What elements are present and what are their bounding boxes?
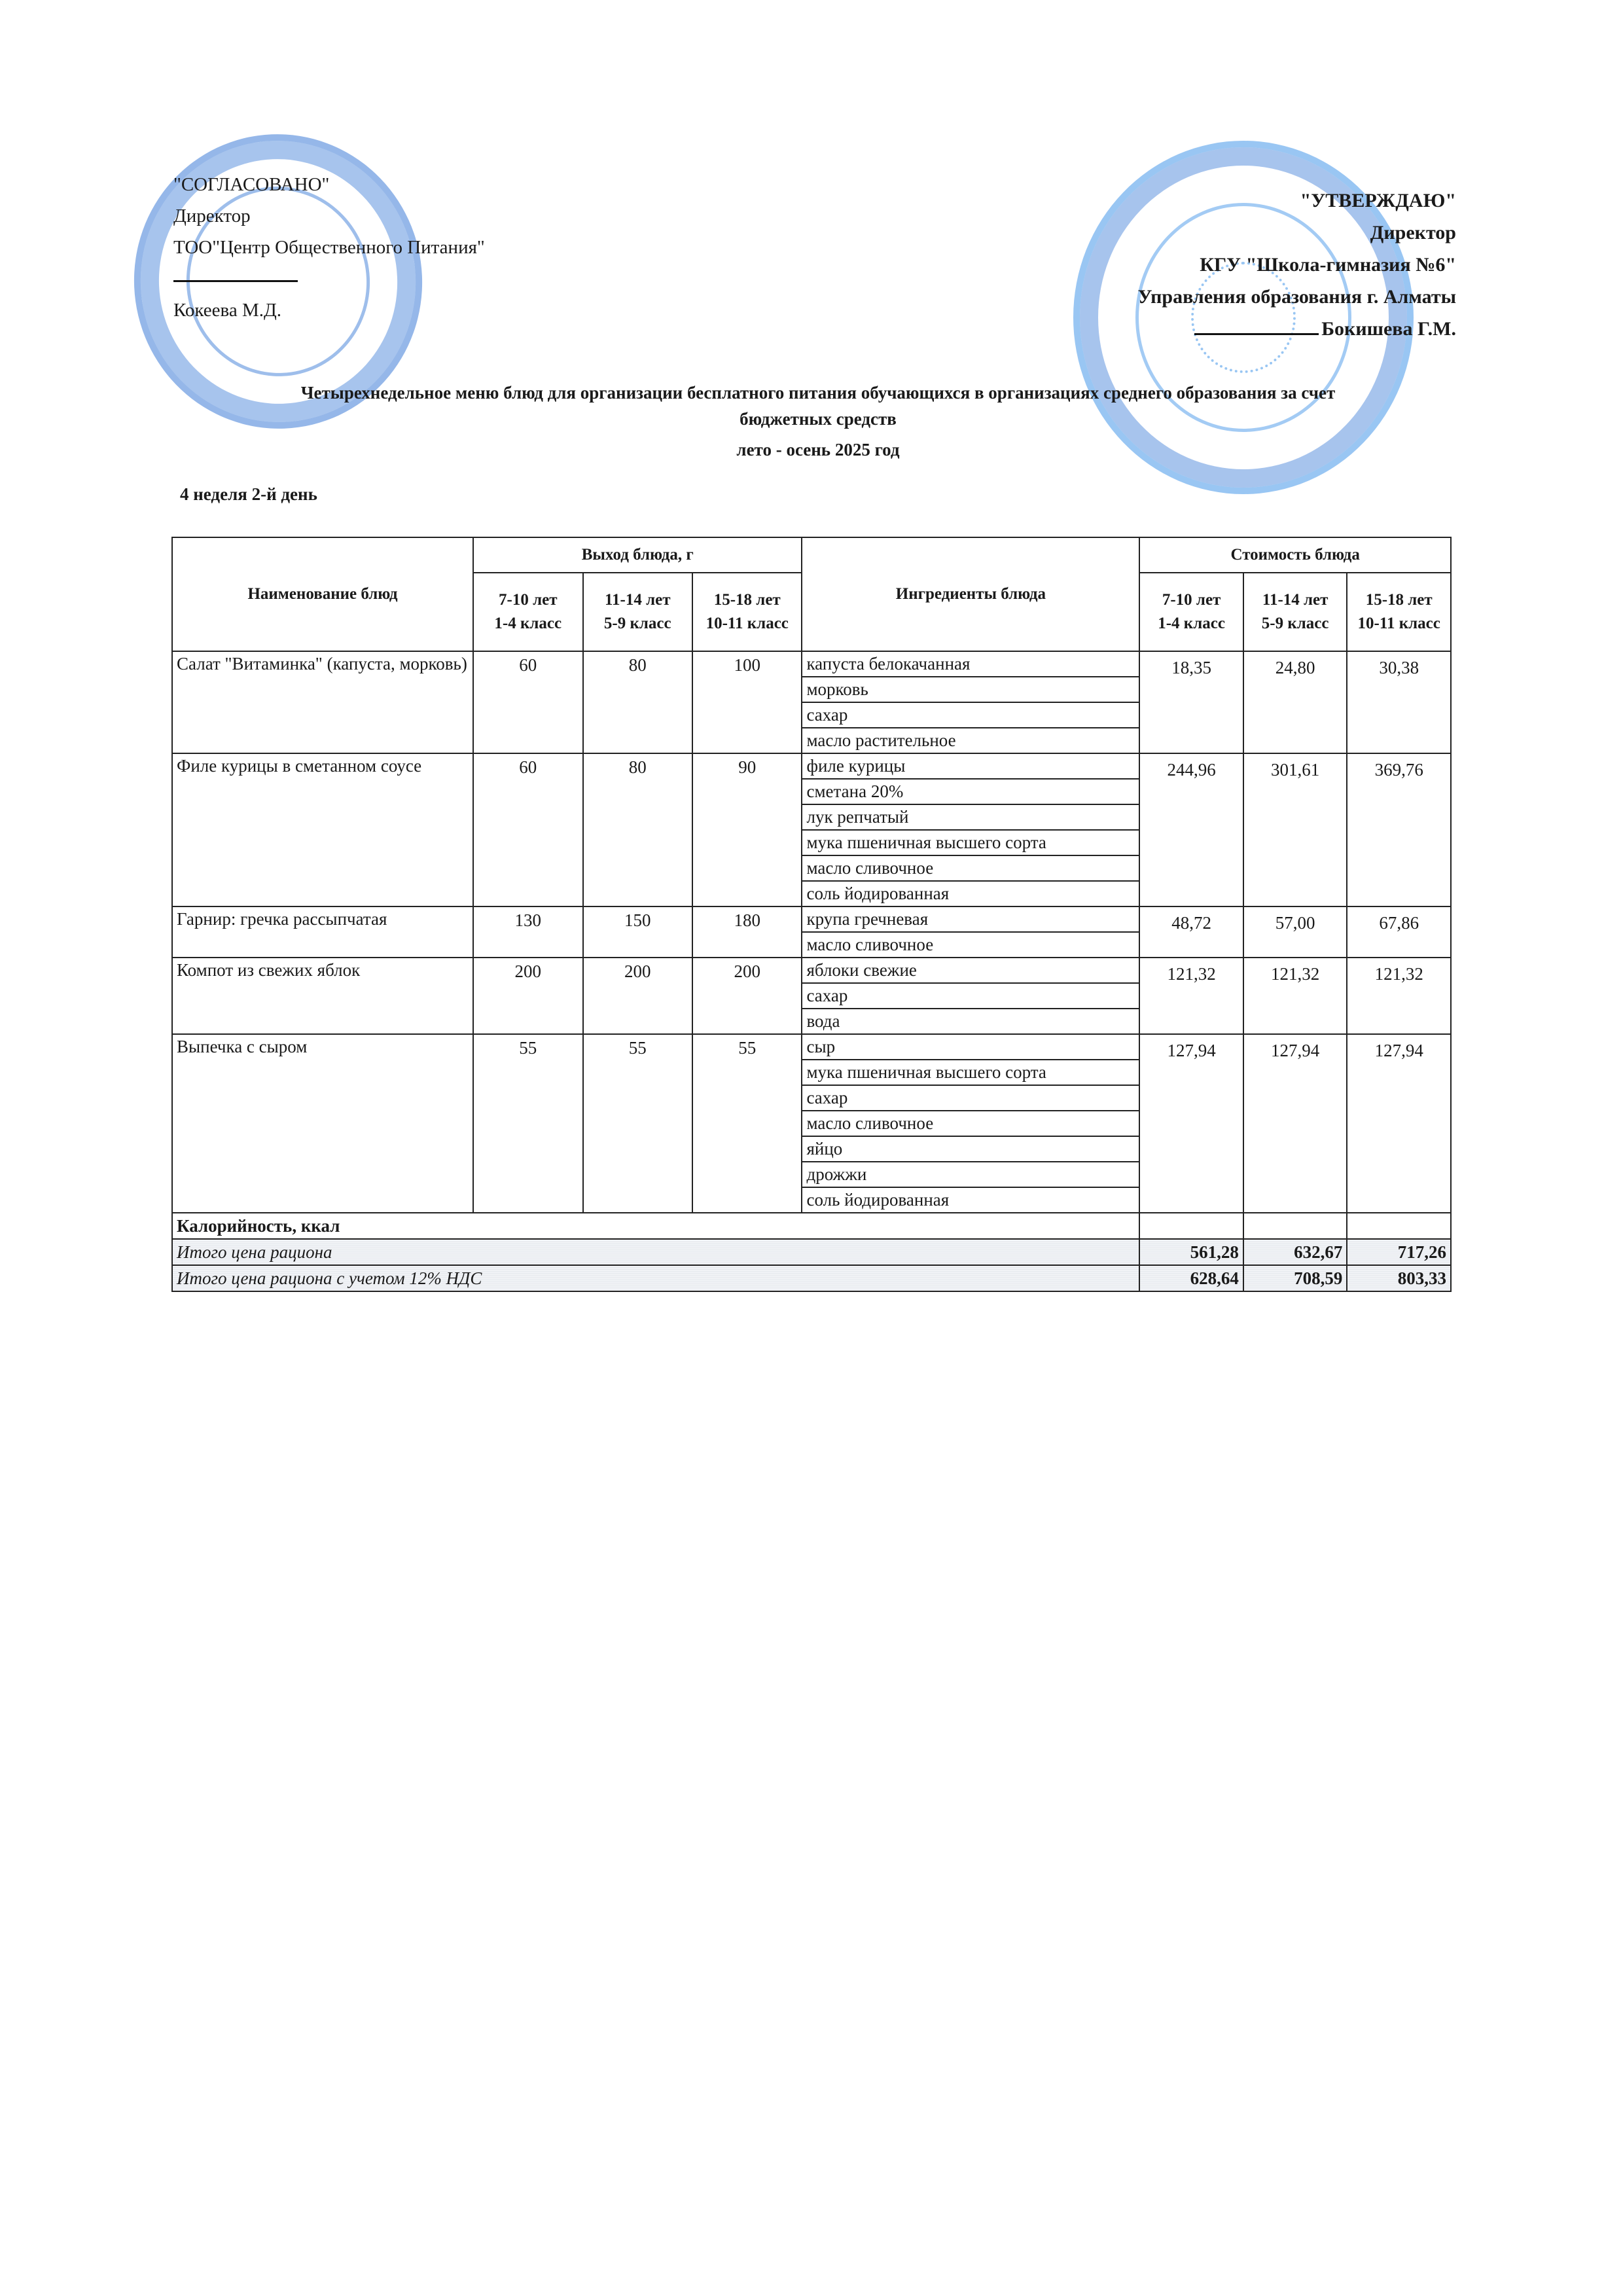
dish-cost: 127,94 [1347, 1034, 1451, 1213]
total-vat-value: 628,64 [1139, 1265, 1243, 1291]
dish-yield: 55 [692, 1034, 802, 1213]
calories-label: Калорийность, ккал [172, 1213, 1139, 1239]
document-title-continued: бюджетных средств [177, 409, 1459, 429]
ingredient: дрожжи [802, 1162, 1139, 1187]
ingredient: сыр [802, 1034, 1139, 1060]
total-label: Итого цена рациона [172, 1239, 1139, 1265]
table-row: Компот из свежих яблок200200200яблоки св… [172, 958, 1451, 983]
ingredient: масло сливочное [802, 855, 1139, 881]
dish-cost: 369,76 [1347, 753, 1451, 906]
approval-approved-block: "УТВЕРЖДАЮ" Директор КГУ "Школа-гимназия… [1138, 185, 1456, 345]
ingredient: мука пшеничная высшего сорта [802, 830, 1139, 855]
total-vat-value: 803,33 [1347, 1265, 1451, 1291]
approval-agreed-role: Директор [173, 200, 485, 232]
ingredient: соль йодированная [802, 1187, 1139, 1213]
cost-age-group-header: 15-18 лет10-11 класс [1347, 573, 1451, 651]
approval-approved-role: Директор [1138, 217, 1456, 249]
approval-approved-name: Бокишева Г.М. [1321, 318, 1456, 340]
signature-line [1194, 333, 1319, 335]
grade-range: 1-4 класс [478, 612, 578, 636]
header-cost: Стоимость блюда [1139, 537, 1451, 573]
header-ingredients: Ингредиенты блюда [802, 537, 1139, 651]
table-row: Выпечка с сыром555555сыр127,94127,94127,… [172, 1034, 1451, 1060]
document-title: Четырехнедельное меню блюд для организац… [177, 383, 1459, 403]
dish-yield: 200 [692, 958, 802, 1034]
approval-agreed-name: Кокеева М.Д. [173, 295, 485, 326]
table-row: Филе курицы в сметанном соусе608090филе … [172, 753, 1451, 779]
approval-agreed-signature-line [173, 263, 485, 295]
ingredient: соль йодированная [802, 881, 1139, 906]
dish-cost: 121,32 [1347, 958, 1451, 1034]
total-vat-row: Итого цена рациона с учетом 12% НДС628,6… [172, 1265, 1451, 1291]
age-range: 15-18 лет [1351, 588, 1446, 612]
ingredient: филе курицы [802, 753, 1139, 779]
ingredient: лук репчатый [802, 804, 1139, 830]
menu-table: Наименование блюд Выход блюда, г Ингреди… [171, 537, 1452, 1292]
yield-age-group-header: 7-10 лет1-4 класс [473, 573, 582, 651]
ingredient: сметана 20% [802, 779, 1139, 804]
cost-age-group-header: 11-14 лет5-9 класс [1243, 573, 1347, 651]
dish-yield: 130 [473, 906, 582, 958]
ingredient: яблоки свежие [802, 958, 1139, 983]
dish-name: Гарнир: гречка рассыпчатая [172, 906, 473, 958]
total-value: 632,67 [1243, 1239, 1347, 1265]
grade-range: 10-11 класс [697, 612, 797, 636]
ingredient: вода [802, 1009, 1139, 1034]
ingredient: масло растительное [802, 728, 1139, 753]
table-row: Гарнир: гречка рассыпчатая130150180крупа… [172, 906, 1451, 932]
dish-yield: 180 [692, 906, 802, 958]
grade-range: 5-9 класс [1248, 612, 1343, 636]
calories-value [1139, 1213, 1243, 1239]
dish-cost: 18,35 [1139, 651, 1243, 753]
dish-cost: 121,32 [1243, 958, 1347, 1034]
approval-approved-signature: Бокишева Г.М. [1138, 313, 1456, 345]
total-row: Итого цена рациона561,28632,67717,26 [172, 1239, 1451, 1265]
dish-cost: 57,00 [1243, 906, 1347, 958]
dish-yield: 100 [692, 651, 802, 753]
age-range: 11-14 лет [588, 588, 688, 612]
calories-value [1243, 1213, 1347, 1239]
ingredient: масло сливочное [802, 932, 1139, 958]
ingredient: сахар [802, 1085, 1139, 1111]
dish-cost: 244,96 [1139, 753, 1243, 906]
approval-approved-dept: Управления образования г. Алматы [1138, 281, 1456, 313]
calories-row: Калорийность, ккал [172, 1213, 1451, 1239]
dish-cost: 67,86 [1347, 906, 1451, 958]
ingredient: яйцо [802, 1136, 1139, 1162]
age-range: 7-10 лет [1144, 588, 1239, 612]
total-value: 717,26 [1347, 1239, 1451, 1265]
dish-yield: 55 [583, 1034, 692, 1213]
dish-name: Компот из свежих яблок [172, 958, 473, 1034]
total-vat-label: Итого цена рациона с учетом 12% НДС [172, 1265, 1139, 1291]
dish-name: Филе курицы в сметанном соусе [172, 753, 473, 906]
ingredient: капуста белокачанная [802, 651, 1139, 677]
dish-yield: 150 [583, 906, 692, 958]
ingredient: сахар [802, 983, 1139, 1009]
dish-cost: 121,32 [1139, 958, 1243, 1034]
approval-agreed-block: "СОГЛАСОВАНО" Директор ТОО"Центр Обществ… [173, 169, 485, 326]
ingredient: морковь [802, 677, 1139, 702]
total-vat-value: 708,59 [1243, 1265, 1347, 1291]
grade-range: 10-11 класс [1351, 612, 1446, 636]
week-day-label: 4 неделя 2-й день [180, 484, 317, 505]
age-range: 11-14 лет [1248, 588, 1343, 612]
yield-age-group-header: 11-14 лет5-9 класс [583, 573, 692, 651]
age-range: 7-10 лет [478, 588, 578, 612]
dish-cost: 127,94 [1243, 1034, 1347, 1213]
approval-approved-org: КГУ "Школа-гимназия №6" [1138, 249, 1456, 281]
dish-cost: 127,94 [1139, 1034, 1243, 1213]
dish-cost: 48,72 [1139, 906, 1243, 958]
ingredient: сахар [802, 702, 1139, 728]
approval-agreed-heading: "СОГЛАСОВАНО" [173, 169, 485, 200]
dish-yield: 55 [473, 1034, 582, 1213]
dish-name: Выпечка с сыром [172, 1034, 473, 1213]
dish-yield: 200 [583, 958, 692, 1034]
header-dish-name: Наименование блюд [172, 537, 473, 651]
dish-yield: 60 [473, 753, 582, 906]
document-season: лето - осень 2025 год [177, 440, 1459, 460]
ingredient: масло сливочное [802, 1111, 1139, 1136]
cost-age-group-header: 7-10 лет1-4 класс [1139, 573, 1243, 651]
dish-cost: 301,61 [1243, 753, 1347, 906]
header-yield: Выход блюда, г [473, 537, 802, 573]
calories-value [1347, 1213, 1451, 1239]
ingredient: крупа гречневая [802, 906, 1139, 932]
dish-name: Салат "Витаминка" (капуста, морковь) [172, 651, 473, 753]
dish-yield: 60 [473, 651, 582, 753]
dish-yield: 200 [473, 958, 582, 1034]
dish-yield: 80 [583, 753, 692, 906]
dish-cost: 30,38 [1347, 651, 1451, 753]
ingredient: мука пшеничная высшего сорта [802, 1060, 1139, 1085]
grade-range: 5-9 класс [588, 612, 688, 636]
grade-range: 1-4 класс [1144, 612, 1239, 636]
age-range: 15-18 лет [697, 588, 797, 612]
approval-agreed-org: ТОО"Центр Общественного Питания" [173, 232, 485, 263]
dish-yield: 80 [583, 651, 692, 753]
table-row: Салат "Витаминка" (капуста, морковь)6080… [172, 651, 1451, 677]
approval-approved-heading: "УТВЕРЖДАЮ" [1138, 185, 1456, 217]
dish-cost: 24,80 [1243, 651, 1347, 753]
dish-yield: 90 [692, 753, 802, 906]
total-value: 561,28 [1139, 1239, 1243, 1265]
yield-age-group-header: 15-18 лет10-11 класс [692, 573, 802, 651]
